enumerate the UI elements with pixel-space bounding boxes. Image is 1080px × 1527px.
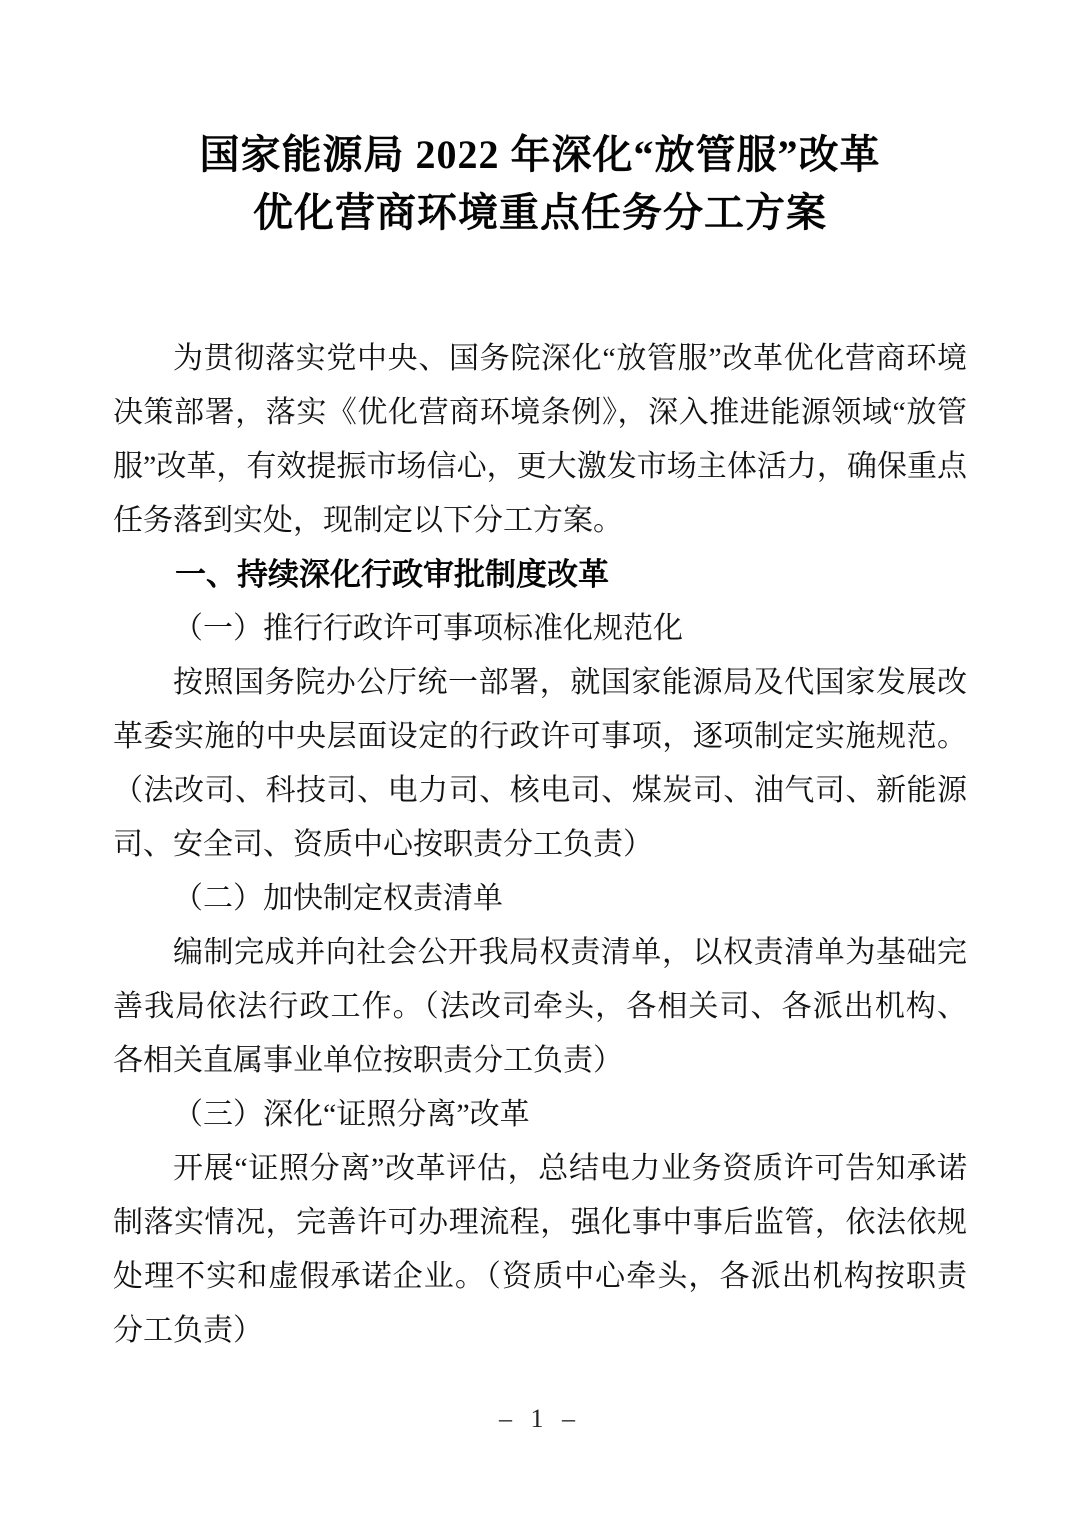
document-title: 国家能源局 2022 年深化“放管服”改革 优化营商环境重点任务分工方案 <box>0 0 1080 242</box>
page-number: – 1 – <box>0 1404 1080 1434</box>
document-title-line2: 优化营商环境重点任务分工方案 <box>0 184 1080 242</box>
subsection-2-body: 编制完成并向社会公开我局权责清单，以权责清单为基础完善我局依法行政工作。（法改司… <box>113 926 967 1088</box>
subsection-3-heading: （三）深化“证照分离”改革 <box>113 1088 967 1142</box>
document-body: 为贯彻落实党中央、国务院深化“放管服”改革优化营商环境决策部署，落实《优化营商环… <box>0 332 1080 1358</box>
document-page: 国家能源局 2022 年深化“放管服”改革 优化营商环境重点任务分工方案 为贯彻… <box>0 0 1080 1527</box>
subsection-1-body: 按照国务院办公厅统一部署，就国家能源局及代国家发展改革委实施的中央层面设定的行政… <box>113 656 967 872</box>
subsection-1-heading: （一）推行行政许可事项标准化规范化 <box>113 602 967 656</box>
subsection-2-heading: （二）加快制定权责清单 <box>113 872 967 926</box>
document-title-line1: 国家能源局 2022 年深化“放管服”改革 <box>0 126 1080 184</box>
subsection-3-body: 开展“证照分离”改革评估，总结电力业务资质许可告知承诺制落实情况，完善许可办理流… <box>113 1142 967 1358</box>
intro-paragraph: 为贯彻落实党中央、国务院深化“放管服”改革优化营商环境决策部署，落实《优化营商环… <box>113 332 967 548</box>
section-1-heading: 一、持续深化行政审批制度改革 <box>113 548 967 602</box>
